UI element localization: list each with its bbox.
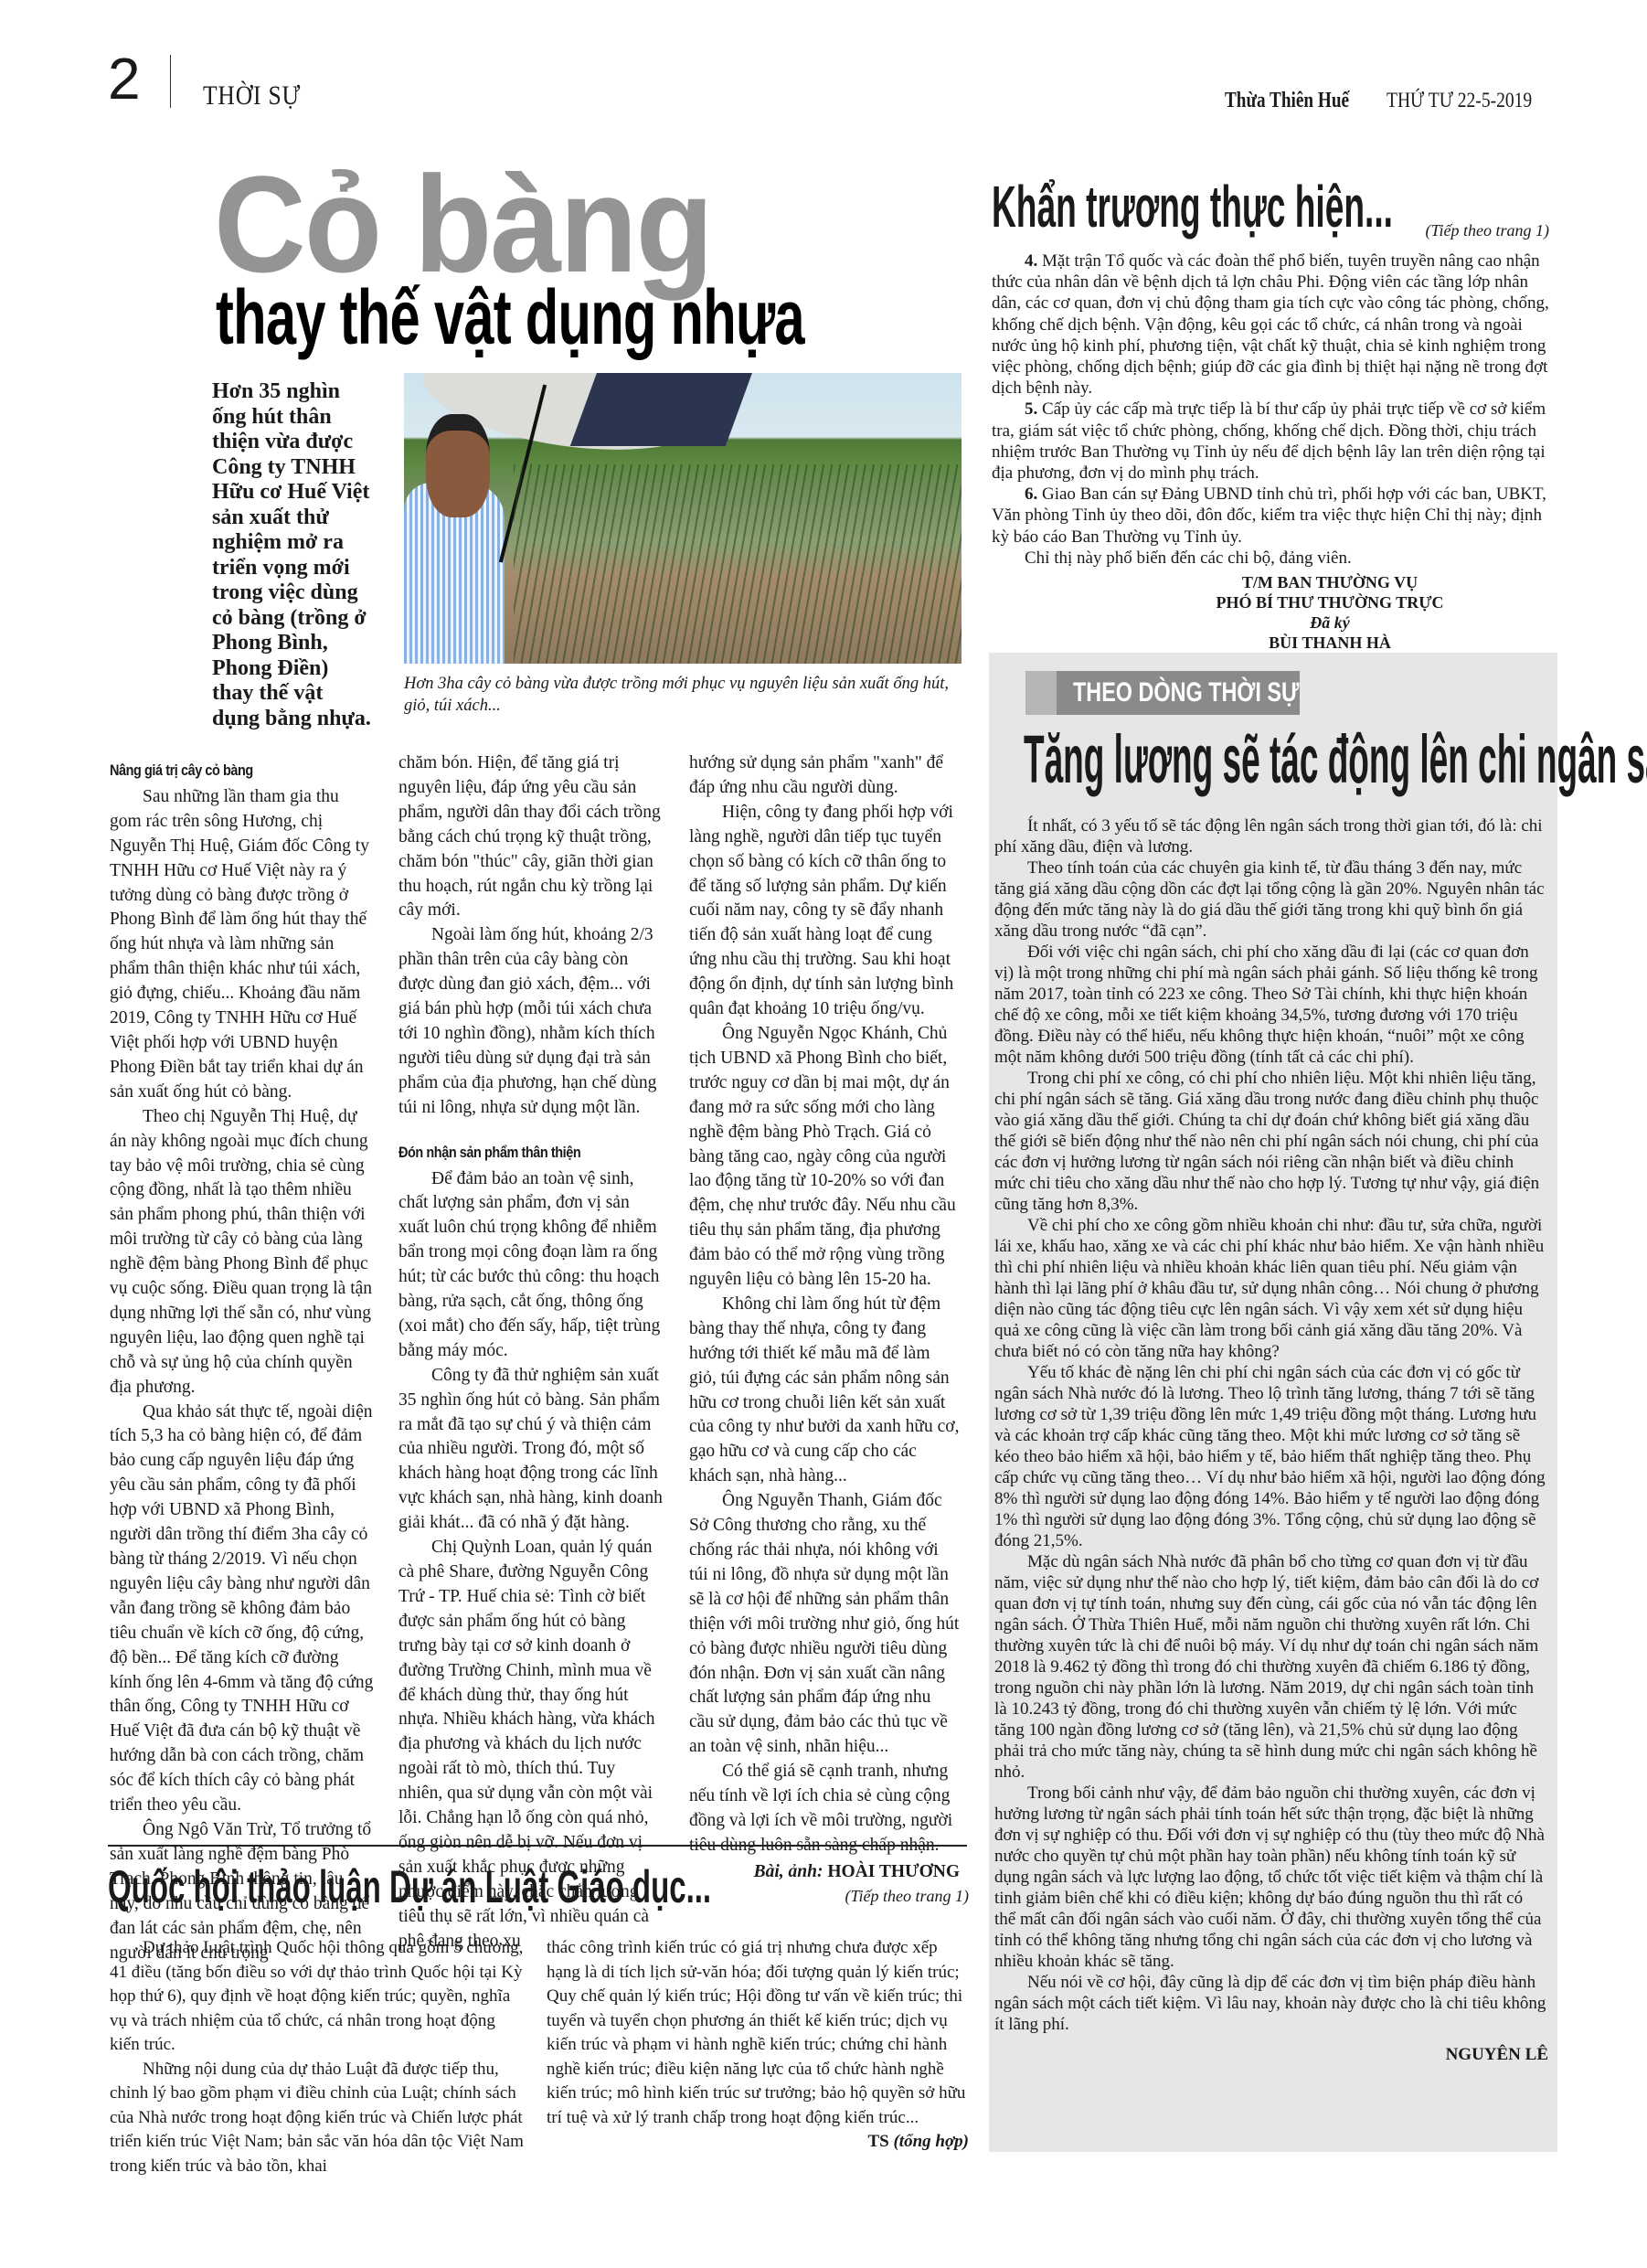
- paragraph: Đối với việc chi ngân sách, chi phí cho …: [994, 942, 1548, 1068]
- kicker-bar: THEO DÒNG THỜI SỰ: [1025, 671, 1300, 715]
- issue-date: THỨ TƯ 22-5-2019: [1387, 89, 1532, 112]
- khan-truong-body: 4. Mặt trận Tổ quốc và các đoàn thể phổ …: [992, 250, 1551, 653]
- main-col-3: hướng sử dụng sản phẩm "xanh" để đáp ứng…: [689, 751, 960, 1885]
- photo-person-head: [426, 414, 490, 517]
- paragraph: Nếu nói về cơ hội, đây cũng là dịp để cá…: [994, 1972, 1548, 2035]
- paper-name: Thừa Thiên Huế: [1225, 89, 1349, 113]
- main-lead: Hơn 35 nghìn ống hút thân thiện vừa được…: [212, 379, 372, 731]
- kicker-label: THEO DÒNG THỜI SỰ: [1073, 678, 1299, 708]
- kicker-bar-accent: [1025, 671, 1057, 715]
- paragraph: Ít nhất, có 3 yếu tố sẽ tác động lên ngâ…: [994, 815, 1548, 857]
- photo-caption: Hơn 3ha cây cỏ bàng vừa được trồng mới p…: [404, 673, 962, 717]
- main-title-line1: Cỏ bàng: [214, 155, 712, 293]
- paragraph: Ông Nguyễn Thanh, Giám đốc Sở Công thươn…: [689, 1489, 960, 1760]
- paragraph: Theo tính toán của các chuyên gia kinh t…: [994, 857, 1548, 942]
- signature-name: BÙI THANH HÀ: [1174, 633, 1485, 653]
- main-article: Cỏ bàng thay thế vật dụng nhựa Hơn 35 ng…: [101, 155, 978, 1737]
- paragraph: thác công trình kiến trúc có giá trị như…: [547, 1936, 969, 2130]
- paragraph: Trong bối cảnh như vậy, để đảm bảo nguồn…: [994, 1783, 1548, 1972]
- page-number: 2: [108, 49, 141, 108]
- paragraph: Sau những lần tham gia thu gom rác trên …: [110, 785, 375, 1105]
- paragraph: Có thể giá sẽ cạnh tranh, nhưng nếu tính…: [689, 1760, 960, 1858]
- quoc-hoi-title: Quốc hội thảo luận Dự án Luật Giáo dục..…: [108, 1861, 711, 1912]
- quoc-hoi-byline: TS (tổng hợp): [547, 2130, 969, 2155]
- paragraph: 5. Cấp ủy các cấp mà trực tiếp là bí thư…: [992, 399, 1551, 484]
- tang-luong-box: THEO DÒNG THỜI SỰ Tăng lương sẽ tác động…: [989, 653, 1557, 2152]
- subhead-1: Nâng giá trị cây cỏ bàng: [110, 759, 335, 783]
- item-number: 6.: [1025, 484, 1037, 504]
- paragraph: Mặc dù ngân sách Nhà nước đã phân bổ cho…: [994, 1551, 1548, 1783]
- photo-field-rows: [514, 464, 962, 664]
- khan-truong-continued: (Tiếp theo trang 1): [1426, 219, 1550, 241]
- paragraph: Chỉ thị này phổ biến đến các chi bộ, đản…: [992, 548, 1551, 569]
- item-text: Mặt trận Tổ quốc và các đoàn thể phổ biế…: [992, 251, 1549, 398]
- paragraph: Ngoài làm ống hút, khoảng 2/3 phần thân …: [398, 923, 664, 1120]
- page-header: 2 THỜI SỰ Thừa Thiên Huế THỨ TƯ 22-5-201…: [0, 0, 1647, 119]
- paragraph: Không chỉ làm ống hút từ đệm bàng thay t…: [689, 1293, 960, 1489]
- item-text: Cấp ủy các cấp mà trực tiếp là bí thư cấ…: [992, 399, 1546, 483]
- quoc-hoi-col-1: Dự thảo Luật trình Quốc hội thông qua gồ…: [110, 1936, 528, 2178]
- khan-truong-article: Khẩn trương thực hiện... (Tiếp theo tran…: [992, 174, 1558, 649]
- item-number: 4.: [1025, 251, 1037, 271]
- signature-line: T/M BAN THƯỜNG VỤ: [1174, 572, 1485, 592]
- paragraph: 6. Giao Ban cán sự Đảng UBND tỉnh chủ tr…: [992, 484, 1551, 548]
- signature-line: PHÓ BÍ THƯ THƯỜNG TRỰC: [1174, 592, 1485, 612]
- main-col-2: chăm bón. Hiện, để tăng giá trị nguyên l…: [398, 751, 664, 1954]
- paragraph: Dự thảo Luật trình Quốc hội thông qua gồ…: [110, 1936, 528, 2058]
- khan-truong-title: Khẩn trương thực hiện...: [992, 176, 1393, 238]
- byline-note: (tổng hợp): [893, 2132, 969, 2151]
- paragraph: Yếu tố khác đè nặng lên chi phí chi ngân…: [994, 1362, 1548, 1551]
- main-title-line2: thay thế vật dụng nhựa: [216, 279, 804, 356]
- paragraph: hướng sử dụng sản phẩm "xanh" để đáp ứng…: [689, 751, 960, 801]
- paragraph: Những nội dung của dự thảo Luật đã được …: [110, 2058, 528, 2179]
- paragraph: Trong chi phí xe công, có chi phí cho nh…: [994, 1068, 1548, 1215]
- byline-name: TS: [867, 2132, 888, 2151]
- paragraph: Để đảm bảo an toàn vệ sinh, chất lượng s…: [398, 1167, 664, 1364]
- paragraph: 4. Mặt trận Tổ quốc và các đoàn thể phổ …: [992, 250, 1551, 399]
- signature-block: T/M BAN THƯỜNG VỤ PHÓ BÍ THƯ THƯỜNG TRỰC…: [1174, 572, 1485, 653]
- main-col-1: Nâng giá trị cây cỏ bàng Sau những lần t…: [110, 759, 375, 1965]
- photo-umbrella-dark: [570, 373, 759, 446]
- item-number: 5.: [1025, 399, 1037, 419]
- tang-luong-body: Ít nhất, có 3 yếu tố sẽ tác động lên ngâ…: [994, 815, 1548, 2065]
- main-photo: [404, 373, 962, 664]
- section-divider: [108, 1845, 967, 1847]
- paragraph: Qua khảo sát thực tế, ngoài diện tích 5,…: [110, 1400, 375, 1818]
- signature-line: Đã ký: [1174, 612, 1485, 633]
- paragraph: Công ty đã thử nghiệm sản xuất 35 nghìn …: [398, 1364, 664, 1536]
- quoc-hoi-col-2: thác công trình kiến trúc có giá trị như…: [547, 1936, 969, 2155]
- item-text: Giao Ban cán sự Đảng UBND tỉnh chủ trì, …: [992, 484, 1546, 546]
- quoc-hoi-article: Quốc hội thảo luận Dự án Luật Giáo dục..…: [101, 1856, 978, 2203]
- quoc-hoi-continued: (Tiếp theo trang 1): [845, 1885, 970, 1907]
- paragraph: Hiện, công ty đang phối hợp với làng ngh…: [689, 801, 960, 1022]
- header-divider: [170, 55, 171, 108]
- paragraph: Ông Nguyễn Ngọc Khánh, Chủ tịch UBND xã …: [689, 1022, 960, 1293]
- subhead-2: Đón nhận sản phẩm thân thiện: [398, 1141, 624, 1166]
- item-text: Chỉ thị này phổ biến đến các chi bộ, đản…: [1025, 548, 1352, 568]
- tang-luong-title: Tăng lương sẽ tác động lên chi ngân sách: [1024, 722, 1647, 797]
- section-name: THỜI SỰ: [203, 82, 301, 110]
- tang-luong-byline: NGUYÊN LÊ: [994, 2044, 1548, 2065]
- paragraph: Về chi phí cho xe công gồm nhiều khoản c…: [994, 1215, 1548, 1362]
- paragraph: chăm bón. Hiện, để tăng giá trị nguyên l…: [398, 751, 664, 923]
- paragraph: Theo chị Nguyễn Thị Huệ, dự án này không…: [110, 1105, 375, 1400]
